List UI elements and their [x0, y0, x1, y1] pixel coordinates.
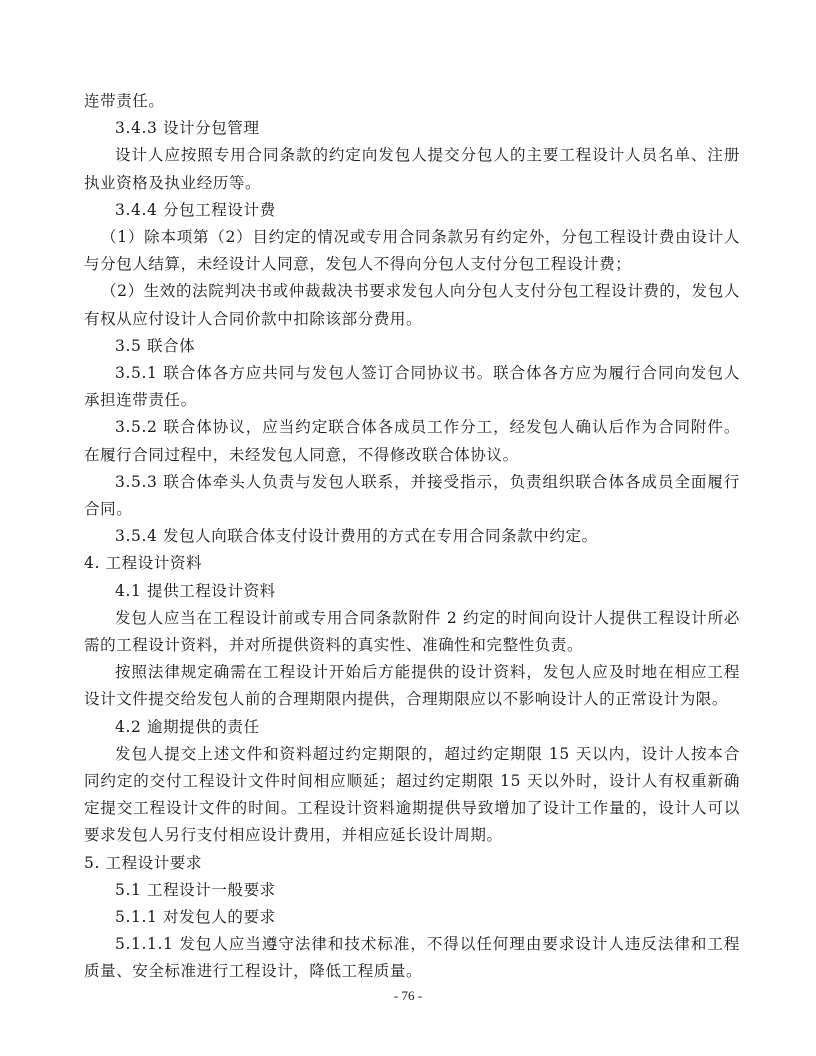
paragraph-3-5-2: 3.5.2 联合体协议，应当约定联合体各成员工作分工，经发包人确认后作为合同附件…	[84, 414, 740, 468]
section-heading-3-4-3: 3.4.3 设计分包管理	[84, 115, 740, 142]
chapter-heading-4: 4. 工程设计资料	[84, 550, 740, 577]
paragraph-3-5-3: 3.5.3 联合体牵头人负责与发包人联系，并接受指示，负责组织联合体各成员全面履…	[84, 469, 740, 523]
section-heading-5-1-1: 5.1.1 对发包人的要求	[84, 904, 740, 931]
section-heading-4-2: 4.2 逾期提供的责任	[84, 714, 740, 741]
paragraph-item-1: （1）除本项第（2）目约定的情况或专用合同条款另有约定外，分包工程设计费由设计人…	[84, 224, 740, 278]
paragraph-5-1-1-1: 5.1.1.1 发包人应当遵守法律和技术标准，不得以任何理由要求设计人违反法律和…	[84, 931, 740, 985]
section-heading-3-4-4: 3.4.4 分包工程设计费	[84, 197, 740, 224]
paragraph-subcontractor-staff: 设计人应按照专用合同条款的约定向发包人提交分包人的主要工程设计人员名单、注册执业…	[84, 142, 740, 196]
section-heading-4-1: 4.1 提供工程设计资料	[84, 578, 740, 605]
section-heading-3-5: 3.5 联合体	[84, 333, 740, 360]
continuation-text: 连带责任。	[84, 88, 740, 115]
paragraph-4-1-later: 按照法律规定确需在工程设计开始后方能提供的设计资料，发包人应及时地在相应工程设计…	[84, 659, 740, 713]
section-heading-5-1: 5.1 工程设计一般要求	[84, 877, 740, 904]
paragraph-3-5-4: 3.5.4 发包人向联合体支付设计费用的方式在专用合同条款中约定。	[84, 523, 740, 550]
page-number: - 76 -	[0, 988, 816, 1004]
paragraph-3-5-1: 3.5.1 联合体各方应共同与发包人签订合同协议书。联合体各方应为履行合同向发包…	[84, 360, 740, 414]
paragraph-4-1-provide: 发包人应当在工程设计前或专用合同条款附件 2 约定的时间向设计人提供工程设计所必…	[84, 605, 740, 659]
document-page: 连带责任。 3.4.3 设计分包管理 设计人应按照专用合同条款的约定向发包人提交…	[84, 88, 740, 986]
paragraph-4-2-overdue: 发包人提交上述文件和资料超过约定期限的，超过约定期限 15 天以内，设计人按本合…	[84, 741, 740, 850]
chapter-heading-5: 5. 工程设计要求	[84, 850, 740, 877]
paragraph-item-2: （2）生效的法院判决书或仲裁裁决书要求发包人向分包人支付分包工程设计费的，发包人…	[84, 278, 740, 332]
